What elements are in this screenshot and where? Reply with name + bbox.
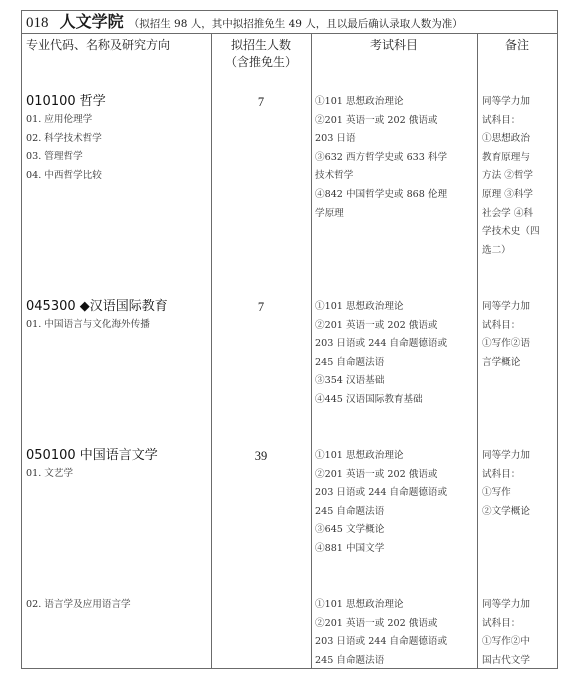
column-divider: [311, 34, 312, 668]
column-divider: [211, 34, 212, 668]
exam-cell: ①101 思想政治理论 ②201 英语一或 202 俄语或 203 日语或 24…: [315, 298, 475, 410]
exam-line: ①101 思想政治理论: [315, 93, 475, 112]
exam-line: 技术哲学: [315, 167, 475, 186]
remark-line: 教育原理与: [482, 149, 556, 168]
college-code: 018: [26, 15, 49, 31]
direction-item: 01. 中国语言与文化海外传播: [26, 316, 209, 335]
exam-line: ②201 英语一或 202 俄语或: [315, 317, 475, 336]
header-count-line1: 拟招生人数: [211, 37, 311, 54]
remark-line: 言学概论: [482, 354, 556, 373]
exam-line: 203 日语或 244 自命题德语或: [315, 633, 475, 652]
header-remark: 备注: [477, 37, 557, 54]
exam-line: ④842 中国哲学史或 868 伦理: [315, 186, 475, 205]
exam-line: ②201 英语一或 202 俄语或: [315, 615, 475, 634]
exam-line: ③645 文学概论: [315, 521, 475, 540]
remark-line: 同等学力加: [482, 93, 556, 112]
remark-line: ②文学概论: [482, 503, 556, 522]
remark-line: ①思想政治: [482, 130, 556, 149]
direction-item: 02. 科学技术哲学: [26, 130, 209, 149]
exam-line: 245 自命题法语: [315, 652, 475, 671]
count-cell: 39: [211, 447, 311, 465]
exam-line: 245 自命题法语: [315, 503, 475, 522]
exam-line: ①101 思想政治理论: [315, 298, 475, 317]
count-cell: 7: [211, 93, 311, 111]
remark-line: 选二）: [482, 242, 556, 261]
admissions-table: 018 人文学院 （拟招生 98 人，其中拟招推免生 49 人，且以最后确认录取…: [21, 10, 558, 669]
exam-line: 203 日语: [315, 130, 475, 149]
major-cell: 02. 语言学及应用语言学: [26, 596, 209, 615]
exam-line: ④881 中国文学: [315, 540, 475, 559]
remark-line: 同等学力加: [482, 596, 556, 615]
header-exam: 考试科目: [311, 37, 477, 54]
exam-line: 203 日语或 244 自命题德语或: [315, 335, 475, 354]
major-cell: 050100 中国语言文学 01. 文艺学: [26, 447, 209, 484]
direction-item: 01. 应用伦理学: [26, 111, 209, 130]
remark-cell: 同等学力加 试科目： ①思想政治 教育原理与 方法 ②哲学 原理 ③科学 社会学…: [482, 93, 556, 260]
header-count-line2: （含推免生）: [211, 54, 311, 71]
remark-line: 社会学 ④科: [482, 205, 556, 224]
major-title: 010100 哲学: [26, 93, 209, 111]
exam-cell: ①101 思想政治理论 ②201 英语一或 202 俄语或 203 日语或 24…: [315, 447, 475, 559]
remark-cell: 同等学力加 试科目： ①写作②语 言学概论: [482, 298, 556, 372]
remark-line: ①写作②中: [482, 633, 556, 652]
major-cell: 045300 ◆汉语国际教育 01. 中国语言与文化海外传播: [26, 298, 209, 335]
exam-line: 203 日语或 244 自命题德语或: [315, 484, 475, 503]
remark-cell: 同等学力加 试科目： ①写作②中 国古代文学: [482, 596, 556, 670]
exam-line: ③632 西方哲学史或 633 科学: [315, 149, 475, 168]
direction-item: 01. 文艺学: [26, 465, 209, 484]
header-count: 拟招生人数 （含推免生）: [211, 37, 311, 71]
remark-line: 试科目：: [482, 615, 556, 634]
exam-cell: ①101 思想政治理论 ②201 英语一或 202 俄语或 203 日语 ③63…: [315, 93, 475, 223]
exam-cell: ①101 思想政治理论 ②201 英语一或 202 俄语或 203 日语或 24…: [315, 596, 475, 670]
exam-line: 学原理: [315, 205, 475, 224]
college-name: 人文学院: [60, 12, 124, 31]
remark-line: ①写作②语: [482, 335, 556, 354]
major-cell: 010100 哲学 01. 应用伦理学 02. 科学技术哲学 03. 管理哲学 …: [26, 93, 209, 185]
exam-line: ①101 思想政治理论: [315, 596, 475, 615]
remark-line: ①写作: [482, 484, 556, 503]
exam-line: ④445 汉语国际教育基础: [315, 391, 475, 410]
remark-line: 学技术史（四: [482, 223, 556, 242]
remark-line: 原理 ③科学: [482, 186, 556, 205]
direction-item: 04. 中西哲学比较: [26, 167, 209, 186]
exam-line: ②201 英语一或 202 俄语或: [315, 112, 475, 131]
header-major: 专业代码、名称及研究方向: [26, 37, 209, 54]
count-cell: 7: [211, 298, 311, 316]
direction-item: 02. 语言学及应用语言学: [26, 596, 209, 615]
remark-line: 国古代文学: [482, 652, 556, 671]
exam-line: ①101 思想政治理论: [315, 447, 475, 466]
remark-line: 同等学力加: [482, 447, 556, 466]
direction-item: 03. 管理哲学: [26, 148, 209, 167]
remark-line: 试科目：: [482, 466, 556, 485]
exam-line: ②201 英语一或 202 俄语或: [315, 466, 475, 485]
college-title-row: 018 人文学院 （拟招生 98 人，其中拟招推免生 49 人，且以最后确认录取…: [22, 11, 557, 34]
exam-line: ③354 汉语基础: [315, 372, 475, 391]
remark-line: 试科目：: [482, 317, 556, 336]
college-enrollment-note: （拟招生 98 人，其中拟招推免生 49 人，且以最后确认录取人数为准）: [129, 18, 463, 30]
remark-line: 试科目：: [482, 112, 556, 131]
exam-line: 245 自命题法语: [315, 354, 475, 373]
remark-line: 同等学力加: [482, 298, 556, 317]
column-divider: [477, 34, 478, 668]
remark-line: 方法 ②哲学: [482, 167, 556, 186]
remark-cell: 同等学力加 试科目： ①写作 ②文学概论: [482, 447, 556, 521]
major-title: 050100 中国语言文学: [26, 447, 209, 465]
major-title: 045300 ◆汉语国际教育: [26, 298, 209, 316]
